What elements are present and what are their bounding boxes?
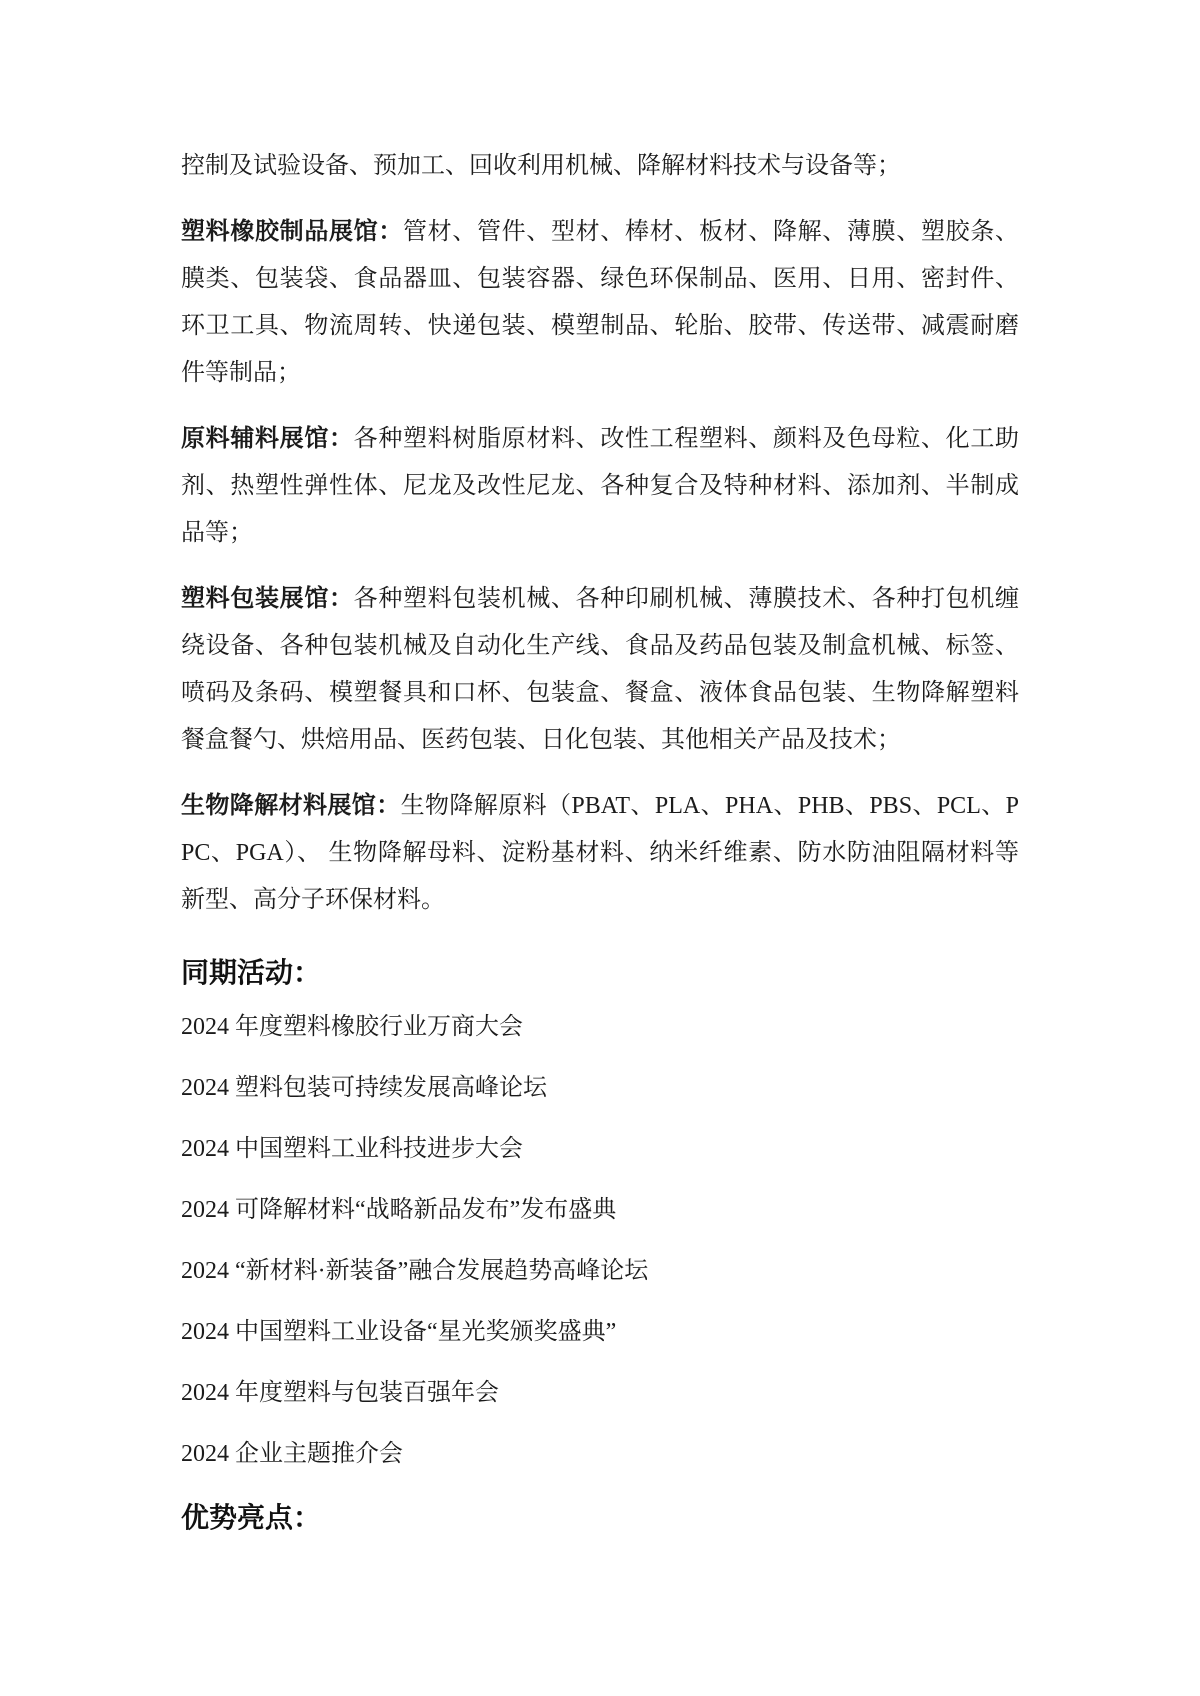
hall-paragraph-plastic-packaging: 塑料包装展馆：各种塑料包装机械、各种印刷机械、薄膜技术、各种打包机缠绕设备、各种… bbox=[181, 576, 1019, 764]
intro-paragraph: 控制及试验设备、预加工、回收利用机械、降解材料技术与设备等； bbox=[181, 143, 1019, 190]
hall-label: 原料辅料展馆： bbox=[181, 426, 354, 452]
hall-paragraph-raw-auxiliary-materials: 原料辅料展馆：各种塑料树脂原材料、改性工程塑料、颜料及色母粒、化工助剂、热塑性弹… bbox=[181, 416, 1019, 557]
event-item: 2024 “新材料·新装备”融合发展趋势高峰论坛 bbox=[181, 1248, 1019, 1295]
event-item: 2024 企业主题推介会 bbox=[181, 1431, 1019, 1478]
event-item: 2024 年度塑料与包装百强年会 bbox=[181, 1370, 1019, 1417]
hall-label: 生物降解材料展馆： bbox=[181, 793, 401, 819]
highlights-heading: 优势亮点： bbox=[181, 1494, 1019, 1541]
event-item: 2024 中国塑料工业科技进步大会 bbox=[181, 1126, 1019, 1173]
event-item: 2024 年度塑料橡胶行业万商大会 bbox=[181, 1004, 1019, 1051]
event-item: 2024 中国塑料工业设备“星光奖颁奖盛典” bbox=[181, 1309, 1019, 1356]
document-page: 控制及试验设备、预加工、回收利用机械、降解材料技术与设备等； 塑料橡胶制品展馆：… bbox=[0, 0, 1200, 1696]
event-item: 2024 塑料包装可持续发展高峰论坛 bbox=[181, 1065, 1019, 1112]
hall-paragraph-plastic-rubber-products: 塑料橡胶制品展馆：管材、管件、型材、棒材、板材、降解、薄膜、塑胶条、膜类、包装袋… bbox=[181, 209, 1019, 397]
events-heading: 同期活动： bbox=[181, 949, 1019, 996]
event-item: 2024 可降解材料“战略新品发布”发布盛典 bbox=[181, 1187, 1019, 1234]
hall-label: 塑料包装展馆： bbox=[181, 586, 354, 612]
hall-paragraph-biodegradable-materials: 生物降解材料展馆：生物降解原料（PBAT、PLA、PHA、PHB、PBS、PCL… bbox=[181, 783, 1019, 924]
hall-label: 塑料橡胶制品展馆： bbox=[181, 219, 403, 245]
